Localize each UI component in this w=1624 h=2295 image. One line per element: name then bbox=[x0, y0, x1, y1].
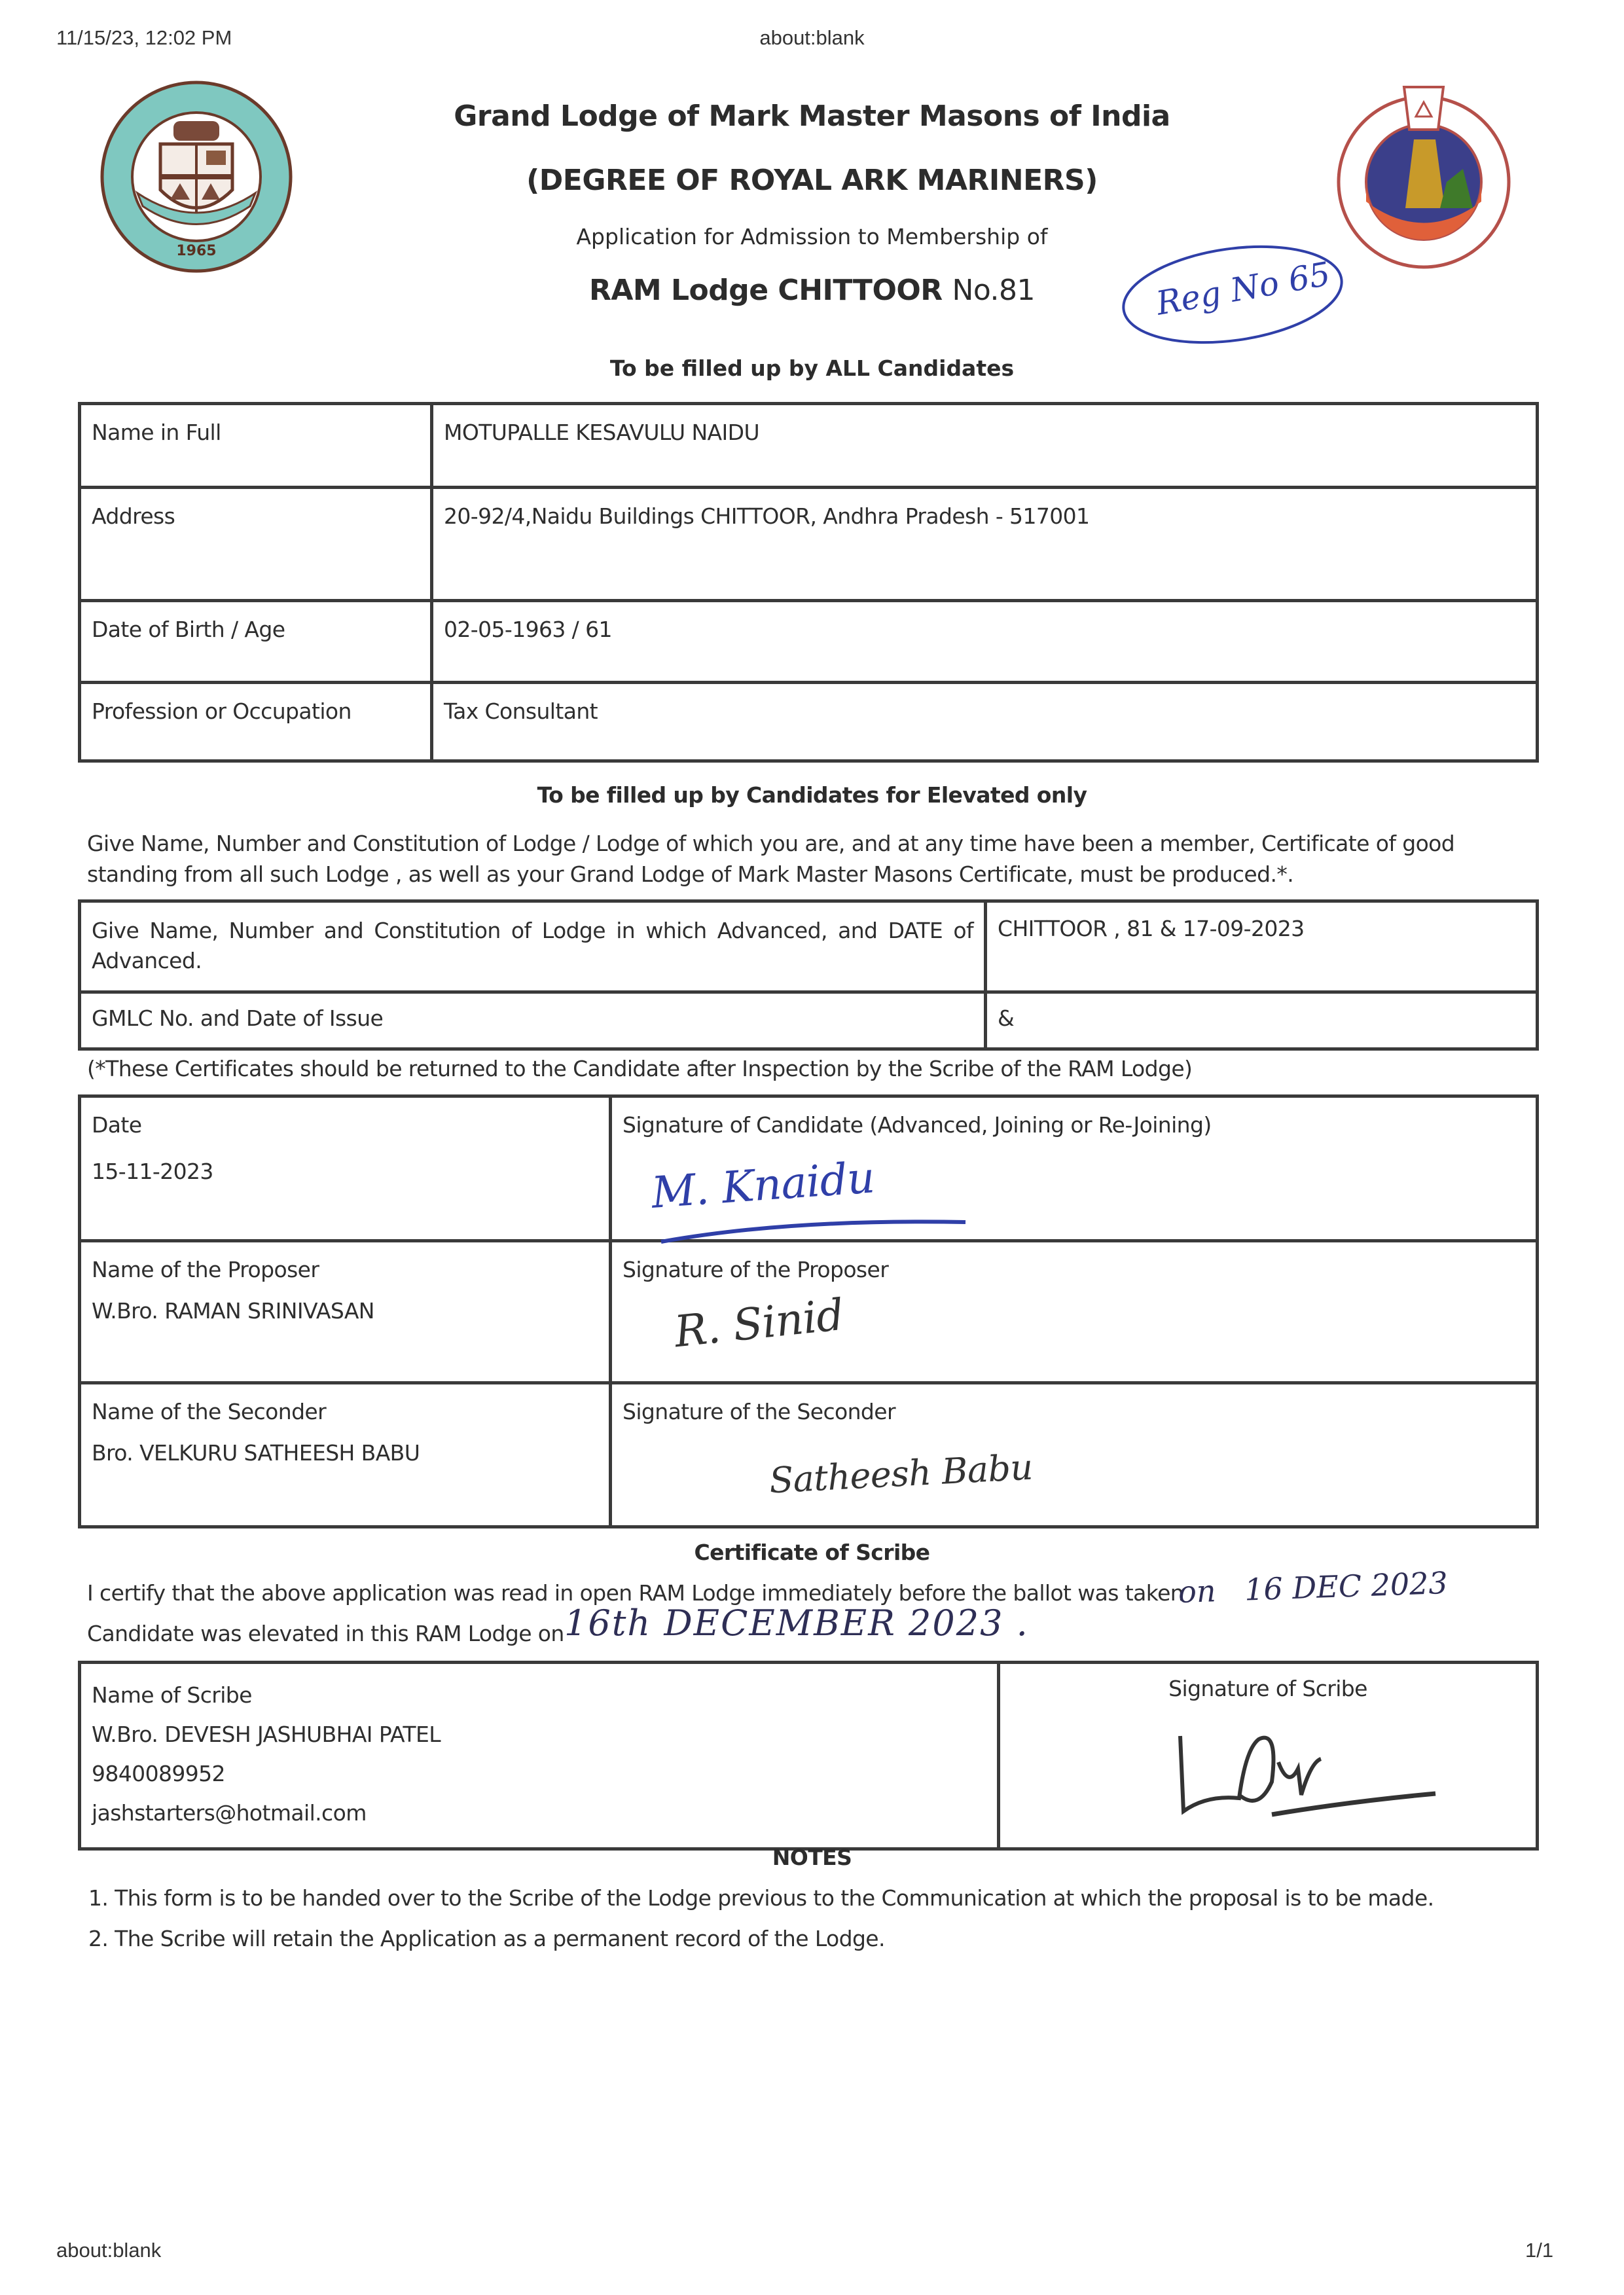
lodge-advanced-field[interactable]: CHITTOOR , 81 & 17-09-2023 bbox=[986, 901, 1538, 992]
lodge-advanced-table: Give Name, Number and Constitution of Lo… bbox=[78, 899, 1539, 1051]
document-title: Grand Lodge of Mark Master Masons of Ind… bbox=[0, 99, 1624, 133]
scribe-name-field[interactable]: W.Bro. DEVESH JASHUBHAI PATEL bbox=[92, 1715, 986, 1754]
scribe-signature-label: Signature of Scribe bbox=[1011, 1676, 1525, 1701]
document-subtitle: (DEGREE OF ROYAL ARK MARINERS) bbox=[0, 164, 1624, 197]
section-heading-all-candidates: To be filled up by ALL Candidates bbox=[0, 355, 1624, 381]
table-row: GMLC No. and Date of Issue & bbox=[80, 992, 1538, 1049]
field-label: GMLC No. and Date of Issue bbox=[80, 992, 986, 1049]
dob-age-field[interactable]: 02-05-1963 / 61 bbox=[432, 601, 1538, 683]
print-page-title: about:blank bbox=[0, 26, 1624, 50]
lodge-name: RAM Lodge CHITTOOR No.81 bbox=[0, 274, 1624, 307]
field-label: Give Name, Number and Constitution of Lo… bbox=[80, 901, 986, 992]
candidate-signature-label: Signature of Candidate (Advanced, Joinin… bbox=[623, 1112, 1525, 1138]
name-field[interactable]: MOTUPALLE KESAVULU NAIDU bbox=[432, 404, 1538, 488]
field-label: Address bbox=[80, 488, 432, 601]
table-row: Name in Full MOTUPALLE KESAVULU NAIDU bbox=[80, 404, 1538, 488]
notes-heading: NOTES bbox=[0, 1845, 1624, 1870]
section-heading-scribe-certificate: Certificate of Scribe bbox=[0, 1540, 1624, 1565]
signatures-table: Date 15-11-2023 Signature of Candidate (… bbox=[78, 1094, 1539, 1528]
occupation-field[interactable]: Tax Consultant bbox=[432, 683, 1538, 761]
candidate-details-table: Name in Full MOTUPALLE KESAVULU NAIDU Ad… bbox=[78, 402, 1539, 763]
date-field[interactable]: 15-11-2023 bbox=[92, 1159, 598, 1184]
field-label: Date of Birth / Age bbox=[80, 601, 432, 683]
application-line: Application for Admission to Membership … bbox=[0, 224, 1624, 249]
section-heading-elevated: To be filled up by Candidates for Elevat… bbox=[0, 782, 1624, 808]
proposer-signature-label: Signature of the Proposer bbox=[623, 1257, 1525, 1282]
seconder-signature-label: Signature of the Seconder bbox=[623, 1399, 1525, 1424]
gmlc-field[interactable]: & bbox=[986, 992, 1538, 1049]
table-row: Date of Birth / Age 02-05-1963 / 61 bbox=[80, 601, 1538, 683]
table-row: Give Name, Number and Constitution of Lo… bbox=[80, 901, 1538, 992]
certificates-footnote: (*These Certificates should be returned … bbox=[87, 1056, 1192, 1081]
table-row: Profession or Occupation Tax Consultant bbox=[80, 683, 1538, 761]
ballot-date-handwritten[interactable]: on 16 DEC 2023 bbox=[1178, 1565, 1448, 1610]
proposer-name-field[interactable]: W.Bro. RAMAN SRINIVASAN bbox=[92, 1298, 598, 1324]
lodge-name-text: RAM Lodge CHITTOOR bbox=[589, 274, 943, 307]
scribe-signature[interactable] bbox=[1167, 1723, 1442, 1821]
proposer-label: Name of the Proposer bbox=[92, 1257, 598, 1282]
table-row: Address 20-92/4,Naidu Buildings CHITTOOR… bbox=[80, 488, 1538, 601]
seconder-signature[interactable]: Satheesh Babu bbox=[768, 1447, 1034, 1502]
elevated-date-handwritten[interactable]: 16th DECEMBER 2023 . bbox=[564, 1602, 1029, 1644]
table-row: Name of Scribe W.Bro. DEVESH JASHUBHAI P… bbox=[80, 1663, 1538, 1849]
table-row: Name of the Proposer W.Bro. RAMAN SRINIV… bbox=[80, 1241, 1538, 1383]
date-label: Date bbox=[92, 1112, 598, 1138]
print-footer-url: about:blank bbox=[56, 2239, 161, 2262]
elevated-instruction: Give Name, Number and Constitution of Lo… bbox=[87, 828, 1540, 890]
seconder-label: Name of the Seconder bbox=[92, 1399, 598, 1424]
elevated-statement: Candidate was elevated in this RAM Lodge… bbox=[87, 1621, 564, 1646]
table-row: Date 15-11-2023 Signature of Candidate (… bbox=[80, 1096, 1538, 1241]
seconder-name-field[interactable]: Bro. VELKURU SATHEESH BABU bbox=[92, 1440, 598, 1466]
field-label: Profession or Occupation bbox=[80, 683, 432, 761]
field-label: Name in Full bbox=[80, 404, 432, 488]
candidate-signature[interactable]: M. Knaidu bbox=[650, 1152, 876, 1218]
scribe-name-label: Name of Scribe bbox=[92, 1676, 986, 1715]
scribe-email-field[interactable]: jashstarters@hotmail.com bbox=[92, 1794, 986, 1833]
note-item: 2. The Scribe will retain the Applicatio… bbox=[88, 1926, 885, 1951]
reg-number-stamp: Reg No 65 bbox=[1116, 242, 1348, 347]
print-page-counter: 1/1 bbox=[1525, 2239, 1553, 2262]
scribe-phone-field[interactable]: 9840089952 bbox=[92, 1754, 986, 1794]
proposer-signature[interactable]: R. Sinid bbox=[672, 1290, 846, 1358]
scribe-table: Name of Scribe W.Bro. DEVESH JASHUBHAI P… bbox=[78, 1661, 1539, 1851]
table-row: Name of the Seconder Bro. VELKURU SATHEE… bbox=[80, 1383, 1538, 1527]
note-item: 1. This form is to be handed over to the… bbox=[88, 1885, 1434, 1911]
address-field[interactable]: 20-92/4,Naidu Buildings CHITTOOR, Andhra… bbox=[432, 488, 1538, 601]
lodge-number: No.81 bbox=[952, 274, 1035, 307]
